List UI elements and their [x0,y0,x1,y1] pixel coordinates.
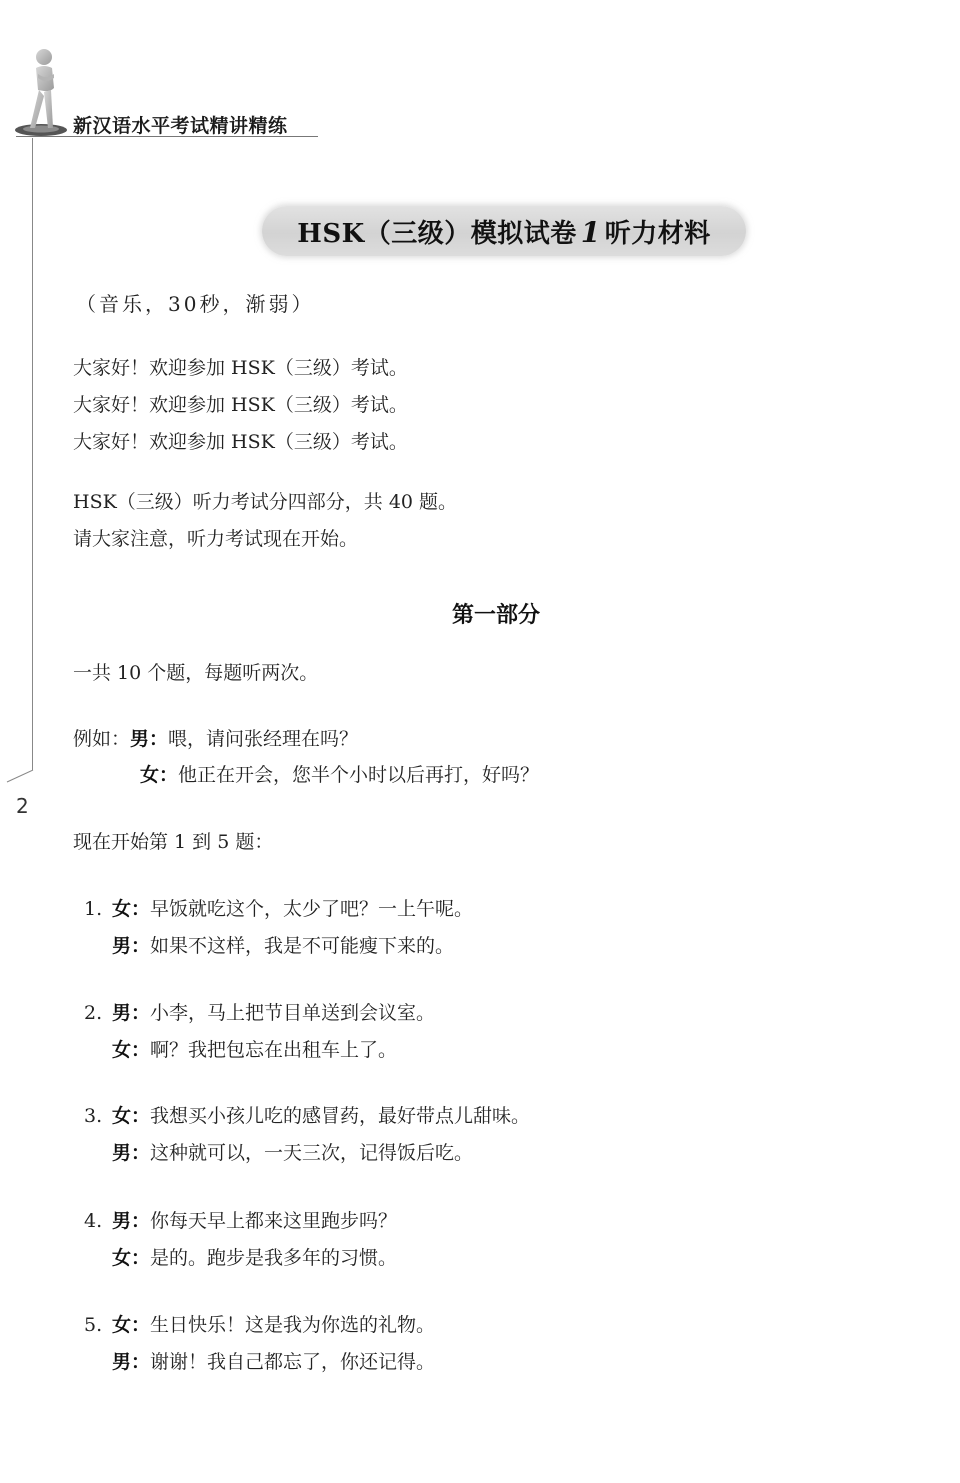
dialogue-text: 他正在开会，您半个小时以后再打，好吗？ [178,764,539,786]
question-number: 1. [84,897,112,921]
question-number: 5. [84,1313,112,1337]
greeting-line: 大家好！欢迎参加 HSK（三级）考试。 [73,430,408,454]
title-suffix: 听力材料 [605,219,711,249]
question-number: 3. [84,1104,112,1128]
speaker-label: 男： [112,1351,150,1373]
question-number: 4. [84,1209,112,1233]
title-prefix: HSK（三级）模拟试卷 [297,219,576,249]
question-1-line-2: 男：如果不这样，我是不可能瘦下来的。 [112,934,454,958]
title-number: 1 [581,216,601,249]
speaker-label: 女： [112,1314,150,1336]
example-label: 例如： [73,728,130,750]
page-header: 新汉语水平考试精讲精练 [0,0,960,140]
question-4-line-1: 4.男：你每天早上都来这里跑步吗？ [84,1209,397,1233]
part-instruction: 一共 10 个题，每题听两次。 [73,661,318,685]
example-line: 例如：男：喂，请问张经理在吗？ [73,727,358,751]
question-2-line-1: 2.男：小李，马上把节目单送到会议室。 [84,1001,435,1025]
title-banner: HSK（三级）模拟试卷1听力材料 [262,206,746,256]
section-heading: 第一部分 [452,598,540,629]
overview-line: 请大家注意，听力考试现在开始。 [73,527,358,551]
page-title: HSK（三级）模拟试卷1听力材料 [297,213,710,250]
page-number: 2 [16,794,29,818]
standing-figure-icon [14,44,68,136]
speaker-label: 女： [112,1039,150,1061]
speaker-label: 男： [112,1142,150,1164]
speaker-label: 男： [112,1210,150,1232]
question-1-line-1: 1.女：早饭就吃这个，太少了吧？一上午呢。 [84,897,473,921]
question-4-line-2: 女：是的。跑步是我多年的习惯。 [112,1246,397,1270]
book-title: 新汉语水平考试精讲精练 [73,111,288,138]
overview-line: HSK（三级）听力考试分四部分，共 40 题。 [73,490,457,514]
greeting-line: 大家好！欢迎参加 HSK（三级）考试。 [73,356,408,380]
dialogue-text: 如果不这样，我是不可能瘦下来的。 [150,935,454,957]
speaker-label: 男： [130,728,168,750]
dialogue-text: 谢谢！我自己都忘了，你还记得。 [150,1351,435,1373]
dialogue-text: 我想买小孩儿吃的感冒药，最好带点儿甜味。 [150,1105,530,1127]
question-3-line-1: 3.女：我想买小孩儿吃的感冒药，最好带点儿甜味。 [84,1104,530,1128]
question-5-line-2: 男：谢谢！我自己都忘了，你还记得。 [112,1350,435,1374]
margin-corner-decoration [5,770,35,784]
greeting-line: 大家好！欢迎参加 HSK（三级）考试。 [73,393,408,417]
speaker-label: 女： [112,1105,150,1127]
speaker-label: 女： [140,764,178,786]
margin-rule [32,138,33,770]
dialogue-text: 是的。跑步是我多年的习惯。 [150,1247,397,1269]
dialogue-text: 你每天早上都来这里跑步吗？ [150,1210,397,1232]
dialogue-text: 喂，请问张经理在吗？ [168,728,358,750]
header-divider [16,136,318,137]
speaker-label: 男： [112,1002,150,1024]
question-3-line-2: 男：这种就可以，一天三次，记得饭后吃。 [112,1141,473,1165]
dialogue-text: 这种就可以，一天三次，记得饭后吃。 [150,1142,473,1164]
question-number: 2. [84,1001,112,1025]
question-5-line-1: 5.女：生日快乐！这是我为你选的礼物。 [84,1313,435,1337]
dialogue-text: 生日快乐！这是我为你选的礼物。 [150,1314,435,1336]
speaker-label: 男： [112,935,150,957]
dialogue-text: 早饭就吃这个，太少了吧？一上午呢。 [150,898,473,920]
start-prompt: 现在开始第 1 到 5 题： [73,830,273,854]
music-cue: （音乐，30秒，渐弱） [76,292,314,316]
question-2-line-2: 女：啊？我把包忘在出租车上了。 [112,1038,397,1062]
speaker-label: 女： [112,1247,150,1269]
example-line: 女：他正在开会，您半个小时以后再打，好吗？ [140,763,539,787]
speaker-label: 女： [112,898,150,920]
dialogue-text: 小李，马上把节目单送到会议室。 [150,1002,435,1024]
dialogue-text: 啊？我把包忘在出租车上了。 [150,1039,397,1061]
